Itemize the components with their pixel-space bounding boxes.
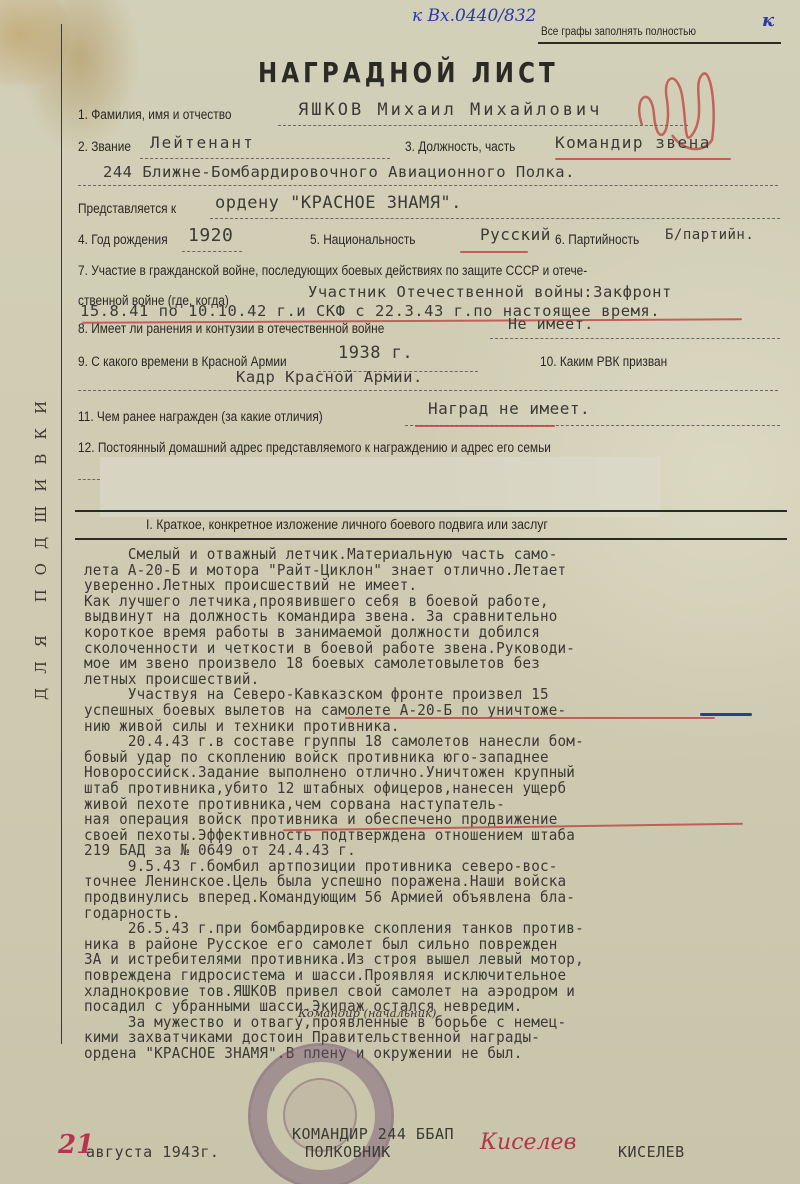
presented-label: Представляется к — [78, 201, 176, 216]
redacted-address-area — [100, 457, 660, 517]
field-4-underline — [182, 250, 242, 252]
field-5-label: 5. Национальность — [310, 232, 415, 247]
corner-mark: к — [762, 10, 774, 31]
red-underline-nationality — [460, 251, 528, 253]
commander-label: Командир (начальник) — [298, 1006, 436, 1020]
red-underline-position — [555, 158, 731, 160]
section-top-rule — [75, 510, 787, 512]
field-6-value-party: Б/партийн. — [665, 227, 754, 243]
section-heading: I. Краткое, конкретное изложение личного… — [146, 516, 548, 532]
field-12-label: 12. Постоянный домашний адрес представля… — [78, 440, 551, 455]
field-1-underline — [278, 124, 688, 126]
field-10-value-rvk: Кадр Красной Армии. — [236, 368, 423, 386]
field-3-label: 3. Должность, часть — [405, 139, 515, 154]
field-3-value-position: Командир звена — [555, 133, 711, 152]
field-2-underline — [140, 157, 390, 159]
field-8-value-wounds: Не имеет. — [508, 315, 594, 333]
field-12-underline — [78, 478, 100, 480]
document-title: НАГРАДНОЙ ЛИСТ — [258, 56, 559, 89]
field-8-underline — [490, 337, 780, 339]
field-11-label: 11. Чем ранее награжден (за какие отличи… — [78, 409, 323, 424]
field-9-label: 9. С какого времени в Красной Армии — [78, 354, 287, 369]
field-3-underline — [78, 184, 778, 186]
section-bottom-rule — [75, 538, 787, 540]
field-8-label: 8. Имеет ли ранения и контузии в отечест… — [78, 321, 384, 336]
field-2-label: 2. Звание — [78, 139, 131, 154]
field-9-value-army-since: 1938 г. — [338, 343, 413, 363]
field-4-label: 4. Год рождения — [78, 232, 168, 247]
archive-reference: к Вх.0440/832 — [412, 6, 536, 26]
field-5-value-nationality: Русский — [480, 225, 551, 244]
commander-rank: ПОЛКОВНИК — [305, 1143, 391, 1161]
fill-instruction: Все графы заполнять полностью — [541, 26, 696, 38]
presented-value-order: ордену "КРАСНОЕ ЗНАМЯ". — [215, 193, 462, 213]
red-underline-north-caucasus — [345, 717, 715, 719]
field-6-label: 6. Партийность — [555, 232, 639, 247]
binding-margin-line — [61, 24, 62, 1044]
blue-underline-sorties — [700, 713, 752, 716]
merit-narrative: Смелый и отважный летчик.Материальную ча… — [84, 547, 784, 1062]
commander-name: КИСЕЛЕВ — [618, 1143, 685, 1161]
fill-instruction-underline — [538, 42, 781, 44]
narrative-line: продвинулись вперед.Командующим 56 Армие… — [84, 890, 728, 906]
award-sheet-page: ДЛЯ ПОДШИВКИ к Вх.0440/832 к Все графы з… — [0, 0, 800, 1184]
field-11-underline — [405, 424, 780, 426]
field-10-underline — [78, 389, 778, 391]
field-7-label-line-1: 7. Участие в гражданской войне, последую… — [78, 263, 587, 278]
field-4-value-birth-year: 1920 — [188, 225, 233, 246]
field-3-value-unit: 244 Ближне-Бомбардировочного Авиационног… — [103, 163, 575, 181]
unit-seal-stamp — [248, 1043, 394, 1184]
commander-unit: КОМАНДИР 244 ББАП — [292, 1125, 454, 1143]
paper-stain — [0, 0, 70, 90]
presented-underline — [210, 217, 780, 219]
field-1-label: 1. Фамилия, имя и отчество — [78, 107, 231, 122]
field-10-label: 10. Каким РВК призван — [540, 354, 667, 369]
field-2-value-rank: Лейтенант — [150, 133, 255, 152]
date-text: августа 1943г. — [86, 1143, 219, 1161]
field-11-value-previous-awards: Наград не имеет. — [428, 399, 590, 418]
field-7-value-line-1: Участник Отечественной войны:Закфронт — [308, 283, 672, 301]
field-1-value-name: ЯШКОВ Михаил Михайлович — [298, 100, 602, 120]
narrative-line: ордена "КРАСНОЕ ЗНАМЯ".В плену и окружен… — [84, 1046, 728, 1062]
handwritten-signature: Киселев — [480, 1130, 576, 1155]
binding-side-label: ДЛЯ ПОДШИВКИ — [32, 387, 50, 700]
